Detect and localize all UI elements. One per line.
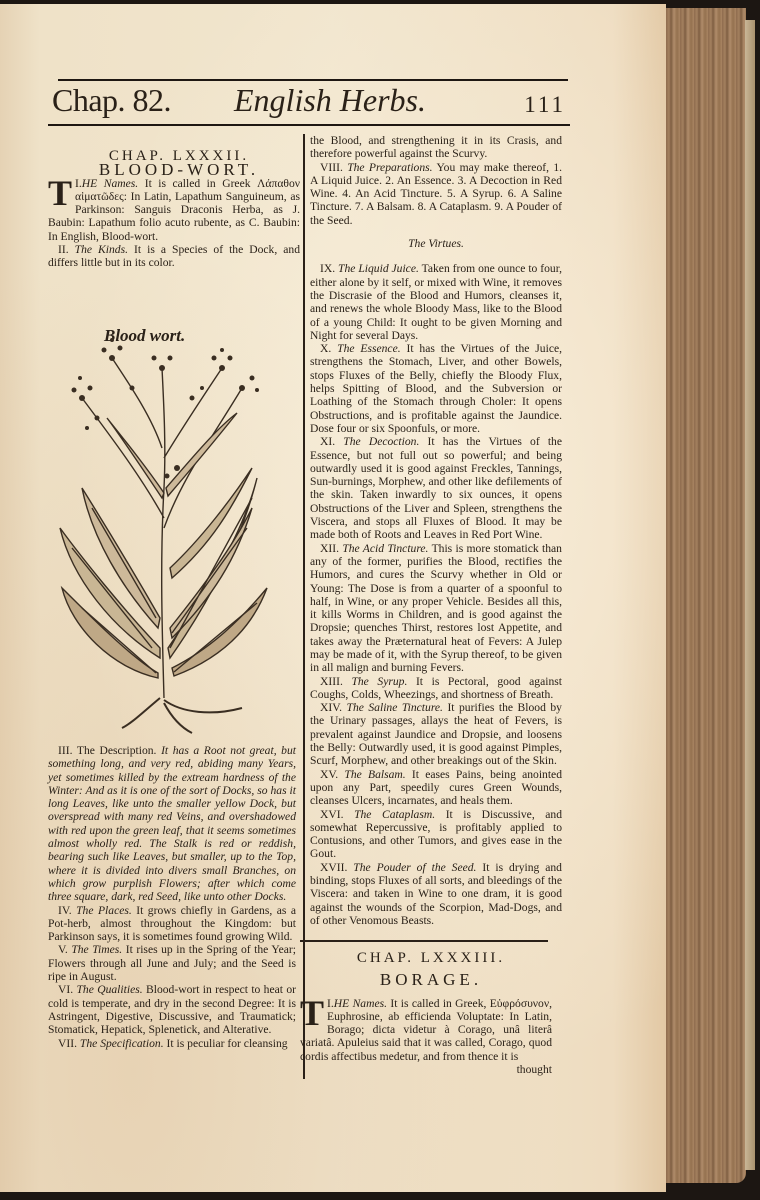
paragraph-text: It is peculiar for cleansing <box>167 1037 288 1050</box>
paragraph-number: IX. <box>320 262 335 275</box>
paragraph-kinds: II. The Kinds. It is a Species of the Do… <box>48 243 300 270</box>
paragraph-number: II. <box>58 243 69 256</box>
paragraph-label: HE Names. <box>82 177 138 190</box>
running-head-title: English Herbs. <box>234 82 426 119</box>
continuation-text: the Blood, and strengthening it in its C… <box>310 134 562 161</box>
borage-paragraph-names: I.THE Names. It is called in Greek, Εὐφρ… <box>300 997 552 1063</box>
next-chapter-heading: CHAP. LXXXIII. <box>300 952 552 965</box>
drop-cap: T <box>300 999 324 1027</box>
page-edges <box>666 8 746 1183</box>
paragraph-label: The Pouder of the Seed. <box>353 861 476 874</box>
paragraph-text: It is Discussive, and somewhat Repercuss… <box>310 808 562 861</box>
paragraph-number: V. <box>58 943 68 956</box>
paragraph-syrup: XIII. The Syrup. It is Pectoral, good ag… <box>310 675 562 702</box>
paragraph-label: The Specification. <box>80 1037 164 1050</box>
paragraph-number: VI. <box>58 983 73 996</box>
paragraph-label: The Decoction. <box>343 435 419 448</box>
paragraph-description: III. The Description. It has a Root not … <box>48 744 296 904</box>
paragraph-text: It has the Virtues of the Essence, but n… <box>310 435 562 541</box>
paragraph-balsam: XV. The Balsam. It eases Pains, being an… <box>310 768 562 808</box>
paragraph-label: The Places. <box>76 904 132 917</box>
paragraph-label: The Times. <box>71 943 122 956</box>
paragraph-number: XV. <box>320 768 338 781</box>
drop-cap: T <box>48 179 72 207</box>
paragraph-label: The Acid Tincture. <box>342 542 428 555</box>
left-column-lower: III. The Description. It has a Root not … <box>48 744 296 1050</box>
paragraph-number: IV. <box>58 904 72 917</box>
paragraph-number: XVI. <box>320 808 344 821</box>
herb-name: BLOOD-WORT. <box>48 163 300 176</box>
right-column: the Blood, and strengthening it in its C… <box>310 134 562 927</box>
paragraph-text: This is more stomatick than any of the f… <box>310 542 562 675</box>
paragraph-number: XI. <box>320 435 335 448</box>
paragraph-number: X. <box>320 342 331 355</box>
paragraph-preparations: VIII. The Preparations. You may make the… <box>310 161 562 227</box>
paragraph-label: The Qualities. <box>76 983 142 996</box>
paragraph-liquid-juice: IX. The Liquid Juice. Taken from one oun… <box>310 262 562 342</box>
paragraph-qualities: VI. The Qualities. Blood-wort in respect… <box>48 983 296 1036</box>
section-divider-rule <box>300 940 548 942</box>
paragraph-label: The Preparations. <box>347 161 432 174</box>
paragraph-names: I.THE Names. It is called in Greek Λάπαθ… <box>48 177 300 243</box>
book-cover-edge <box>745 20 755 1170</box>
paragraph-label: The Description. <box>77 744 157 757</box>
paragraph-places: IV. The Places. It grows chiefly in Gard… <box>48 904 296 944</box>
blood-wort-woodcut-illustration <box>52 328 274 736</box>
paragraph-label: The Essence. <box>337 342 400 355</box>
paragraph-text: It is Pectoral, good against Coughs, Col… <box>310 675 562 701</box>
paragraph-number: XIII. <box>320 675 343 688</box>
paragraph-label: The Cataplasm. <box>354 808 435 821</box>
virtues-heading: The Virtues. <box>310 237 562 250</box>
paragraph-number: XII. <box>320 542 339 555</box>
borage-section: CHAP. LXXXIII. BORAGE. I.THE Names. It i… <box>300 952 552 1076</box>
left-column: CHAP. LXXXII. BLOOD-WORT. I.THE Names. I… <box>48 150 300 270</box>
paragraph-cataplasm: XVI. The Cataplasm. It is Discussive, an… <box>310 808 562 861</box>
paragraph-text: It has a Root not great, but something l… <box>48 744 296 903</box>
paragraph-label: The Liquid Juice. <box>338 262 419 275</box>
paragraph-acid-tincture: XII. The Acid Tincture. This is more sto… <box>310 542 562 675</box>
paragraph-number: III. <box>58 744 72 757</box>
paragraph-number: I. <box>327 997 334 1010</box>
paragraph-label: The Balsam. <box>344 768 405 781</box>
catchword: thought <box>300 1063 552 1076</box>
running-head: Chap. 82. English Herbs. 111 <box>48 80 568 130</box>
paragraph-specification: VII. The Specification. It is peculiar f… <box>48 1037 296 1050</box>
column-divider <box>303 134 305 1079</box>
next-herb-name: BORAGE. <box>300 973 552 986</box>
paragraph-pouder-of-seed: XVII. The Pouder of the Seed. It is dryi… <box>310 861 562 927</box>
paragraph-saline-tincture: XIV. The Saline Tincture. It purifies th… <box>310 701 562 767</box>
paragraph-essence: X. The Essence. It has the Virtues of th… <box>310 342 562 435</box>
paragraph-label: The Saline Tincture. <box>347 701 443 714</box>
paragraph-number: I. <box>75 177 82 190</box>
paragraph-text: It has the Virtues of the Juice, strengt… <box>310 342 562 435</box>
paragraph-times: V. The Times. It rises up in the Spring … <box>48 943 296 983</box>
paragraph-label: HE Names. <box>334 997 387 1010</box>
paragraph-number: XIV. <box>320 701 342 714</box>
paragraph-number: VIII. <box>320 161 343 174</box>
paragraph-decoction: XI. The Decoction. It has the Virtues of… <box>310 435 562 541</box>
paragraph-number: XVII. <box>320 861 347 874</box>
head-bottom-rule <box>48 124 570 126</box>
paragraph-number: VII. <box>58 1037 77 1050</box>
paragraph-label: The Kinds. <box>75 243 128 256</box>
paragraph-label: The Syrup. <box>351 675 407 688</box>
page-number: 111 <box>524 92 566 118</box>
running-head-chapter: Chap. 82. <box>52 82 171 119</box>
